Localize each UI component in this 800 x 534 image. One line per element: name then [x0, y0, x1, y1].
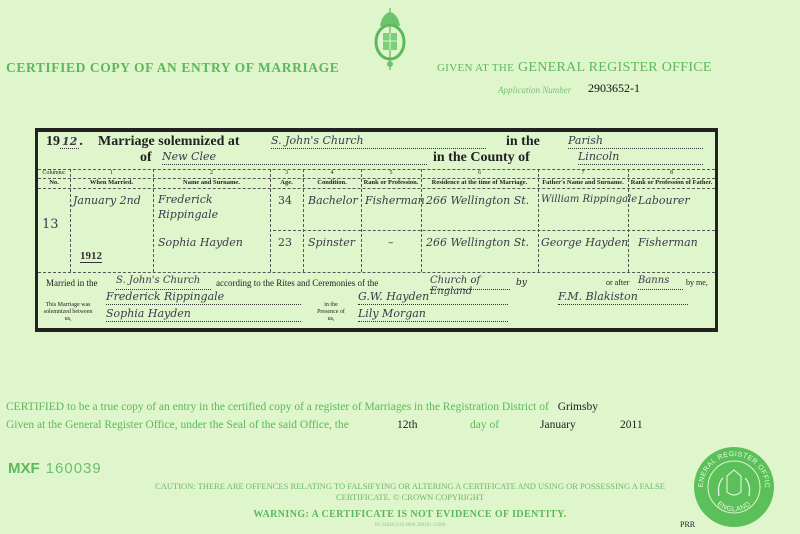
column-3-number: 3: [270, 170, 303, 176]
father-name: George Hayden: [541, 236, 628, 249]
name: Frederick Rippingale: [158, 192, 268, 222]
issue-year: 2011: [620, 419, 643, 431]
residence: 266 Wellington St.: [426, 236, 529, 249]
certificate-title: CERTIFIED COPY OF AN ENTRY OF MARRIAGE: [6, 60, 339, 76]
serial-prefix: MXF: [8, 460, 40, 477]
year-prefix: 19: [46, 134, 60, 149]
column-6-number: 6: [421, 170, 538, 176]
column-7-number: 7: [538, 170, 628, 176]
profession: –: [388, 236, 394, 249]
given-under-seal-text: Given at the General Register Office, un…: [6, 419, 349, 431]
of-label: of: [140, 150, 152, 166]
father-profession: Labourer: [638, 194, 690, 207]
column-header-when-married: When Married.: [70, 179, 153, 186]
day-of-label: day of: [470, 419, 499, 431]
column-header-father-name: Father's Name and Surname.: [538, 179, 628, 186]
solemnized-label: Marriage solemnized at: [98, 134, 240, 150]
office-name: GENERAL REGISTER OFFICE: [518, 60, 712, 75]
column-8-number: 8: [628, 170, 715, 176]
solemnized-place: S. John's Church: [271, 134, 486, 149]
given-prefix: Given at the: [437, 62, 514, 74]
condition: Bachelor: [308, 194, 358, 207]
by-me-label: by me,: [686, 278, 708, 287]
column-2-number: 2: [153, 170, 270, 176]
application-number-label: Application Number: [498, 85, 571, 95]
presence-label: in the Presence of us,: [316, 302, 346, 323]
column-5-number: 5: [361, 170, 421, 176]
name: Sophia Hayden: [158, 236, 243, 249]
year-suffix: 12: [60, 135, 79, 149]
profession: Fisherman: [365, 194, 425, 207]
serial-digits: 160039: [46, 460, 102, 477]
county-value: Lincoln: [578, 150, 703, 165]
column-header-father-profession: Rank or Profession of Father.: [628, 179, 715, 186]
rites-value: Church of England: [430, 275, 510, 290]
column-header-condition: Condition.: [303, 179, 361, 186]
witness-2-signature: Lily Morgan: [358, 307, 508, 322]
after-value: Banns: [638, 275, 683, 290]
when-married: January 2nd: [73, 194, 141, 207]
royal-crest-icon: [372, 6, 408, 72]
by-label: by: [516, 278, 527, 288]
age: 34: [278, 194, 292, 207]
parish-value: Parish: [568, 134, 703, 149]
register-entry: 1912. Marriage solemnized at S. John's C…: [35, 128, 718, 332]
registration-district: Grimsby: [558, 401, 598, 413]
caution-notice: CAUTION: THERE ARE OFFENCES RELATING TO …: [150, 481, 670, 503]
issuing-office: Given at the GENERAL REGISTER OFFICE: [437, 60, 712, 76]
serial-number: MXF160039: [8, 460, 102, 477]
after-label: or after: [606, 278, 629, 287]
column-header-age: Age.: [270, 179, 303, 186]
age: 23: [278, 236, 292, 249]
condition: Spinster: [308, 236, 355, 249]
issue-month: January: [540, 419, 576, 431]
warning-notice: WARNING: A CERTIFICATE IS NOT EVIDENCE O…: [150, 509, 670, 520]
print-code: PS 34828 2/10 9000 200381 51608: [150, 523, 670, 528]
column-header-residence: Residence at the time of Marriage.: [421, 179, 538, 186]
certification-text: CERTIFIED to be a true copy of an entry …: [6, 401, 549, 413]
bride-signature: Sophia Hayden: [106, 307, 301, 322]
certification-line-1: CERTIFIED to be a true copy of an entry …: [6, 401, 598, 413]
groom-signature: Frederick Rippingale: [106, 290, 301, 305]
when-married-year: 1912: [80, 250, 102, 263]
columns-label: Columns:: [38, 170, 70, 176]
county-label: in the County of: [433, 150, 530, 166]
witness-1-signature: G.W. Hayden: [358, 290, 508, 305]
father-profession: Fisherman: [638, 236, 698, 249]
rites-label: according to the Rites and Ceremonies of…: [216, 278, 378, 288]
between-label: This Marriage was solemnized between us,: [42, 302, 94, 323]
married-in-value: S. John's Church: [116, 275, 211, 290]
entry-number: 13: [42, 217, 59, 232]
general-register-office-seal-icon: GENERAL REGISTER OFFICE ENGLAND: [693, 446, 775, 528]
father-name: William Rippingale: [541, 194, 637, 205]
column-4-number: 4: [303, 170, 361, 176]
married-in-label: Married in the: [46, 278, 97, 288]
registrar-initials: PRR: [680, 520, 695, 529]
in-the-label: in the: [506, 134, 540, 150]
column-header-name: Name and Surname.: [153, 179, 270, 186]
of-value: New Clee: [162, 150, 427, 165]
register-year: 1912.: [46, 134, 83, 150]
officiant-signature: F.M. Blakiston: [558, 290, 688, 305]
issue-day: 12th: [397, 419, 417, 431]
column-header-profession: Rank or Profession.: [361, 179, 421, 186]
residence: 266 Wellington St.: [426, 194, 529, 207]
column-1-number: 1: [70, 170, 153, 176]
application-number: 2903652-1: [588, 81, 640, 96]
certification-line-2: Given at the General Register Office, un…: [6, 419, 349, 431]
no-label: No.: [38, 179, 70, 186]
